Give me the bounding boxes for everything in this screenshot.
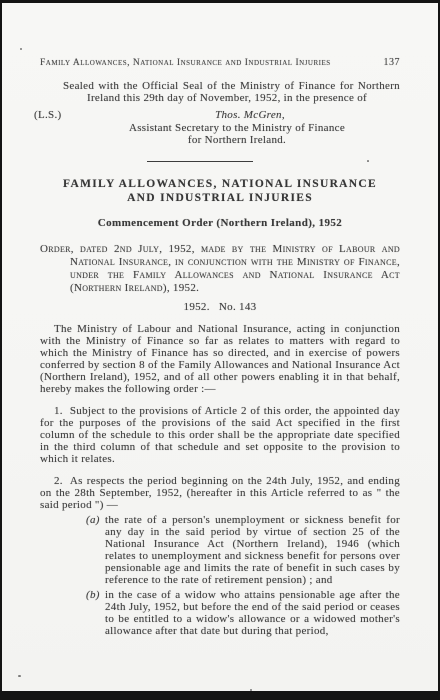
article-2-item-a: (a) the rate of a person's unemployment …	[40, 514, 400, 586]
page-number: 137	[384, 57, 401, 68]
order-recital: Order, dated 2nd July, 1952, made by the…	[40, 243, 400, 295]
signatory-title-line2: for Northern Ireland.	[40, 134, 400, 146]
order-title: FAMILY ALLOWANCES, NATIONAL INSURANCE AN…	[40, 177, 400, 205]
signature-block: (L.S.) Thos. McGren, Assistant Secretary…	[40, 109, 400, 146]
scan-frame: Family Allowances, National Insurance an…	[0, 0, 440, 700]
article-2-number: 2.	[54, 475, 63, 487]
order-title-line2: AND INDUSTRIAL INJURIES	[127, 192, 313, 204]
article-2-item-b-text: in the case of a widow who attains pensi…	[105, 589, 400, 637]
article-2-item-b-label: (b)	[86, 589, 100, 601]
article-2-item-a-label: (a)	[86, 514, 100, 526]
article-2: 2.As respects the period beginning on th…	[40, 475, 400, 511]
order-subtitle: Commencement Order (Northern Ireland), 1…	[40, 217, 400, 230]
seal-ls-mark: (L.S.)	[34, 109, 61, 121]
document-page: Family Allowances, National Insurance an…	[2, 3, 438, 691]
order-title-line1: FAMILY ALLOWANCES, NATIONAL INSURANCE	[63, 178, 377, 190]
sealing-clause: Sealed with the Official Seal of the Min…	[40, 80, 400, 104]
article-1-number: 1.	[54, 405, 63, 417]
scan-artifact	[250, 689, 252, 691]
article-2-item-a-text: the rate of a person's unemployment or s…	[105, 514, 400, 586]
article-1-text: Subject to the provisions of Article 2 o…	[40, 405, 400, 465]
preamble: The Ministry of Labour and National Insu…	[40, 323, 400, 395]
signature-name: Thos. McGren,	[40, 109, 400, 121]
running-head: Family Allowances, National Insurance an…	[40, 57, 400, 69]
scan-artifact	[18, 675, 21, 677]
article-2-item-b: (b) in the case of a widow who attains p…	[40, 589, 400, 637]
section-divider	[147, 161, 253, 162]
signatory-title-line1: Assistant Secretary to the Ministry of F…	[40, 122, 400, 134]
running-head-title: Family Allowances, National Insurance an…	[40, 58, 331, 69]
article-1: 1.Subject to the provisions of Article 2…	[40, 405, 400, 465]
scan-artifact	[367, 160, 369, 162]
order-number: 1952. No. 143	[40, 301, 400, 313]
article-2-text: As respects the period beginning on the …	[40, 475, 400, 511]
scan-artifact	[20, 48, 22, 50]
